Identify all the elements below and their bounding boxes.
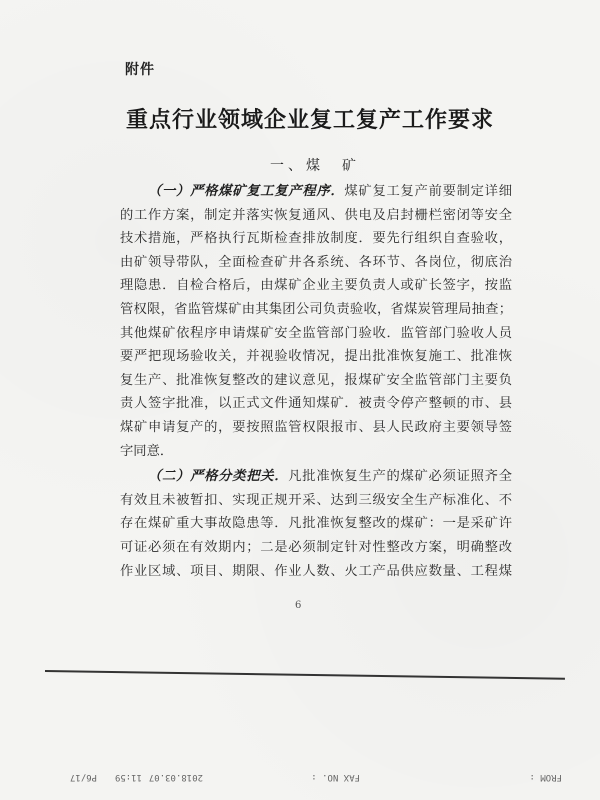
page-number: 6 xyxy=(295,600,301,611)
paragraph-line: 其他煤矿依程序申请煤矿安全监管部门验收．监管部门验收人员 xyxy=(120,322,512,346)
paragraph-line: 由矿领导带队，全面检查矿井各系统、各环节、各岗位，彻底治 xyxy=(120,251,512,275)
paragraph-line: 责人签字批准，以正式文件通知煤矿．被责令停产整顿的市、县 xyxy=(120,392,512,416)
fax-header: FROM : FAX NO. : 2018.03.07 11:59 P6/17 xyxy=(0,766,600,786)
fax-number-label: FAX NO. : xyxy=(311,772,360,782)
paragraph-line: 管权限，省监管煤矿由其集团公司负责验收，省煤炭管理局抽查； xyxy=(120,298,512,322)
paragraph-2-line-1: （二）严格分类把关．凡批准恢复生产的煤矿必须证照齐全 xyxy=(120,465,512,489)
paragraph-line: 存在煤矿重大事故隐患等．凡批准恢复整改的煤矿：一是采矿许 xyxy=(120,512,512,536)
paragraph-line: 作业区域、项目、期限、作业人数、火工产品供应数量、工程煤 xyxy=(120,560,512,584)
paragraph-1-lead: （一）严格煤矿复工复产程序． xyxy=(148,184,344,199)
section-heading: 一、煤 矿 xyxy=(0,155,600,175)
fax-time: 11:59 xyxy=(115,772,142,782)
paragraph-1-line-1: （一）严格煤矿复工复产程序．煤矿复工复产前要制定详细 xyxy=(120,180,512,204)
paragraph-line: 的工作方案，制定并落实恢复通风、供电及启封栅栏密闭等安全 xyxy=(120,204,512,228)
fax-date: 2018.03.07 xyxy=(149,772,203,782)
paragraph-line: 字同意． xyxy=(120,440,512,464)
document-title: 重点行业领域企业复工复产工作要求 xyxy=(0,103,600,134)
paragraph-line: 有效且未被暂扣、实现正规开采、达到三级安全生产标准化、不 xyxy=(120,489,512,513)
paragraph-line: 技术措施，严格执行瓦斯检查排放制度．要先行组织自查验收， xyxy=(120,227,512,251)
fax-page-count: P6/17 xyxy=(70,772,97,782)
horizontal-rule xyxy=(45,670,565,679)
paragraph-line: 煤矿申请复产的，要按照监管权限报市、县人民政府主要领导签 xyxy=(120,416,512,440)
paragraph-line: 要严把现场验收关，并视验收情况，提出批准恢复施工、批准恢 xyxy=(120,345,512,369)
paragraph-line: 理隐患．自检合格后，由煤矿企业主要负责人或矿长签字，按监 xyxy=(120,274,512,298)
paragraph-2-lead: （二）严格分类把关． xyxy=(148,469,288,484)
document-body: （一）严格煤矿复工复产程序．煤矿复工复产前要制定详细 的工作方案，制定并落实恢复… xyxy=(120,180,512,583)
fax-from-label: FROM : xyxy=(529,772,562,782)
attachment-label: 附件 xyxy=(125,59,155,79)
paragraph-line: 可证必须在有效期内；二是必须制定针对性整改方案，明确整改 xyxy=(120,536,512,560)
scanned-page: 附件 重点行业领域企业复工复产工作要求 一、煤 矿 （一）严格煤矿复工复产程序．… xyxy=(0,0,600,800)
paragraph-line: 复生产、批准恢复整改的建议意见，报煤矿安全监管部门主要负 xyxy=(120,369,512,393)
